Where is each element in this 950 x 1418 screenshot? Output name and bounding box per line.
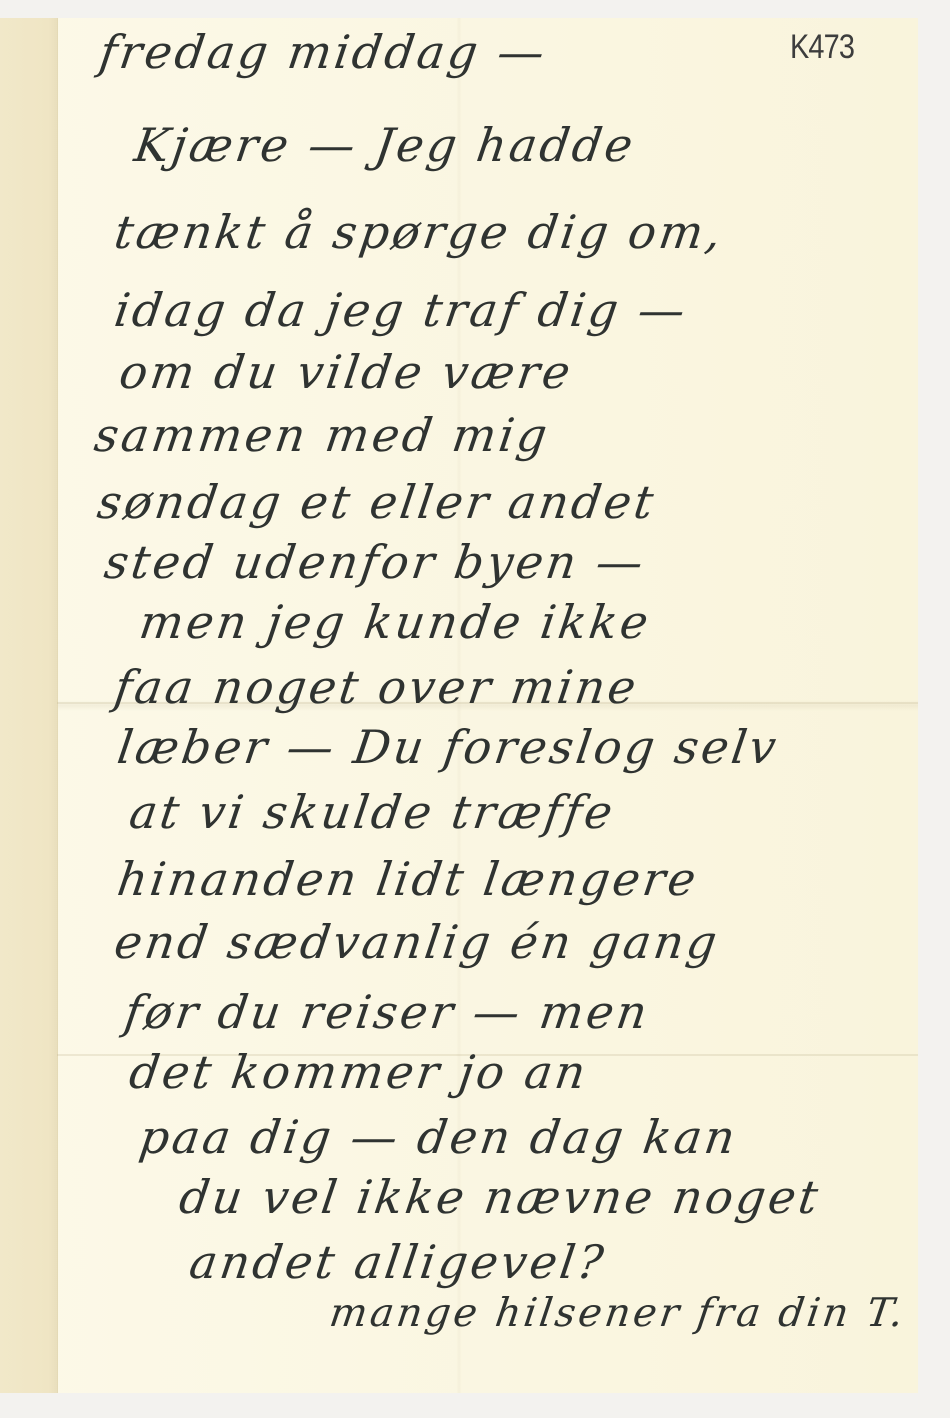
letter-line: søndag et eller andet <box>94 475 659 529</box>
letter-line: læber — Du foreslog selv <box>114 720 782 774</box>
letter-line: om du vilde være <box>116 345 576 399</box>
letter-line: hinanden lidt længere <box>114 852 702 906</box>
letter-line: du vel ikke nævne noget <box>176 1170 824 1224</box>
letter-line: sted udenfor byen — <box>101 535 649 589</box>
letter-line: det kommer jo an <box>126 1045 592 1099</box>
letter-line: Kjære — Jeg hadde <box>131 118 639 172</box>
folded-edge-strip <box>0 18 58 1393</box>
letter-line: idag da jeg traf dig — <box>111 283 691 337</box>
letter-line: tænkt å spørge dig om, <box>111 205 727 259</box>
letter-line: fredag middag — <box>96 25 550 79</box>
letter-line: før du reiser — men <box>121 985 653 1039</box>
letter-line: sammen med mig <box>91 408 553 462</box>
letter-signature: mange hilsener fra din T. <box>327 1290 909 1336</box>
archive-number: K473 <box>790 28 854 67</box>
letter-line: paa dig — den dag kan <box>136 1110 741 1164</box>
letter-line: men jeg kunde ikke <box>136 595 654 649</box>
letter-line: end sædvanlig én gang <box>111 915 723 969</box>
letter-line: at vi skulde træffe <box>126 785 619 839</box>
letter-line: faa noget over mine <box>111 660 642 714</box>
letter-line: andet alligevel? <box>186 1235 609 1289</box>
